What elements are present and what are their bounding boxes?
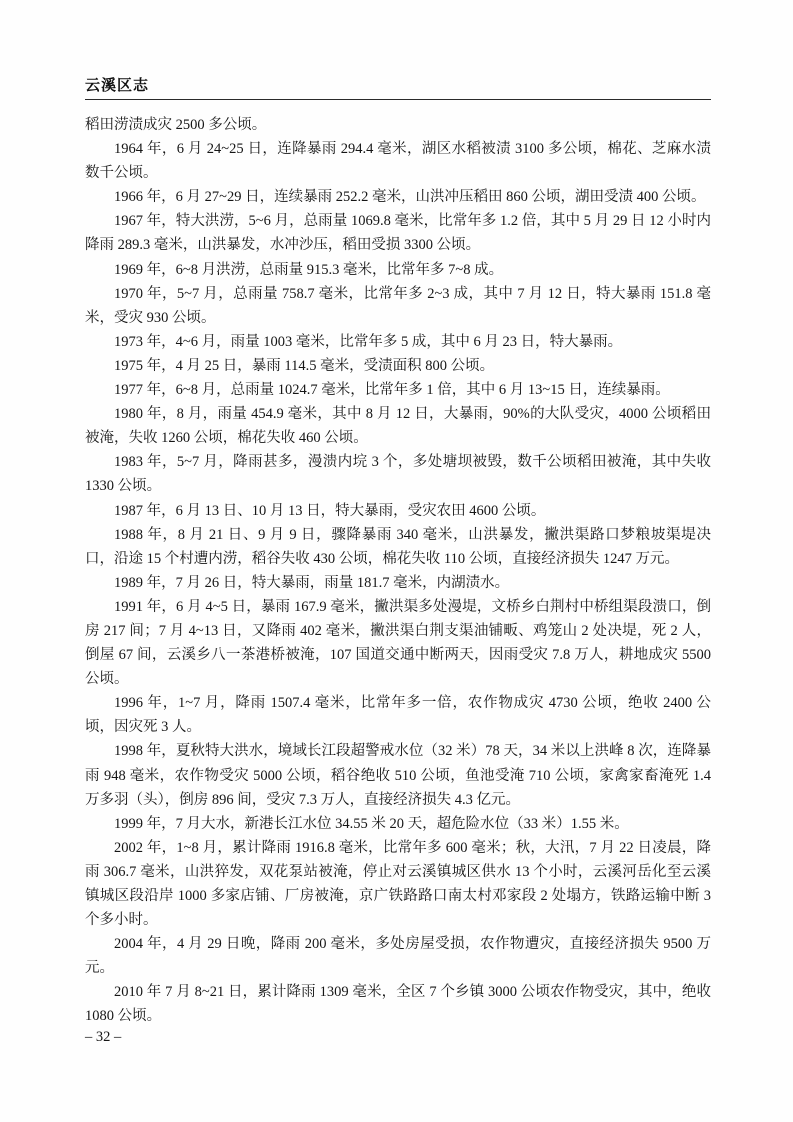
flood-entries: 1964 年，6 月 24~25 日，连降暴雨 294.4 毫米，湖区水稻被渍 … xyxy=(85,137,711,1028)
running-header-title: 云溪区志 xyxy=(85,74,710,95)
flood-entry: 1999 年，7 月大水，新港长江水位 34.55 米 20 天，超危险水位（3… xyxy=(85,812,711,836)
flood-entry: 1988 年，8 月 21 日、9 月 9 日，骤降暴雨 340 毫米，山洪暴发… xyxy=(85,523,711,571)
page-number: – 32 – xyxy=(85,1029,121,1046)
continuation-paragraph: 稻田涝渍成灾 2500 多公顷。 xyxy=(85,113,711,137)
flood-entry: 1987 年，6 月 13 日、10 月 13 日，特大暴雨，受灾农田 4600… xyxy=(85,499,711,523)
flood-entry: 2004 年，4 月 29 日晚，降雨 200 毫米，多处房屋受损，农作物遭灾，… xyxy=(85,932,711,980)
flood-entry: 1967 年，特大洪涝，5~6 月，总雨量 1069.8 毫米，比常年多 1.2… xyxy=(85,209,711,257)
flood-entry: 1980 年，8 月，雨量 454.9 毫米，其中 8 月 12 日，大暴雨，9… xyxy=(85,402,711,450)
flood-entry: 1966 年，6 月 27~29 日，连续暴雨 252.2 毫米，山洪冲压稻田 … xyxy=(85,185,711,209)
flood-entry: 1989 年，7 月 26 日，特大暴雨，雨量 181.7 毫米，内湖渍水。 xyxy=(85,571,711,595)
flood-entry: 1975 年，4 月 25 日，暴雨 114.5 毫米，受渍面积 800 公顷。 xyxy=(85,354,711,378)
flood-entry: 1970 年，5~7 月，总雨量 758.7 毫米，比常年多 2~3 成，其中 … xyxy=(85,282,711,330)
flood-entry: 1969 年，6~8 月洪涝，总雨量 915.3 毫米，比常年多 7~8 成。 xyxy=(85,258,711,282)
book-page: 云溪区志 稻田涝渍成灾 2500 多公顷。 1964 年，6 月 24~25 日… xyxy=(0,0,793,1122)
flood-entry: 1996 年，1~7 月，降雨 1507.4 毫米，比常年多一倍，农作物成灾 4… xyxy=(85,691,711,739)
flood-entry: 1977 年，6~8 月，总雨量 1024.7 毫米，比常年多 1 倍，其中 6… xyxy=(85,378,711,402)
page-body: 稻田涝渍成灾 2500 多公顷。 1964 年，6 月 24~25 日，连降暴雨… xyxy=(85,113,711,1029)
flood-entry: 2010 年 7 月 8~21 日，累计降雨 1309 毫米，全区 7 个乡镇 … xyxy=(85,980,711,1028)
flood-entry: 1964 年，6 月 24~25 日，连降暴雨 294.4 毫米，湖区水稻被渍 … xyxy=(85,137,711,185)
flood-entry: 1973 年，4~6 月，雨量 1003 毫米，比常年多 5 成，其中 6 月 … xyxy=(85,330,711,354)
header-rule xyxy=(85,99,711,100)
flood-entry: 1983 年，5~7 月，降雨甚多，漫溃内垸 3 个，多处塘坝被毁，数千公顷稻田… xyxy=(85,450,711,498)
flood-entry: 1991 年，6 月 4~5 日，暴雨 167.9 毫米，撇洪渠多处漫堤，文桥乡… xyxy=(85,595,711,691)
flood-entry: 1998 年，夏秋特大洪水，境域长江段超警戒水位（32 米）78 天，34 米以… xyxy=(85,739,711,811)
flood-entry: 2002 年，1~8 月，累计降雨 1916.8 毫米，比常年多 600 毫米；… xyxy=(85,836,711,932)
